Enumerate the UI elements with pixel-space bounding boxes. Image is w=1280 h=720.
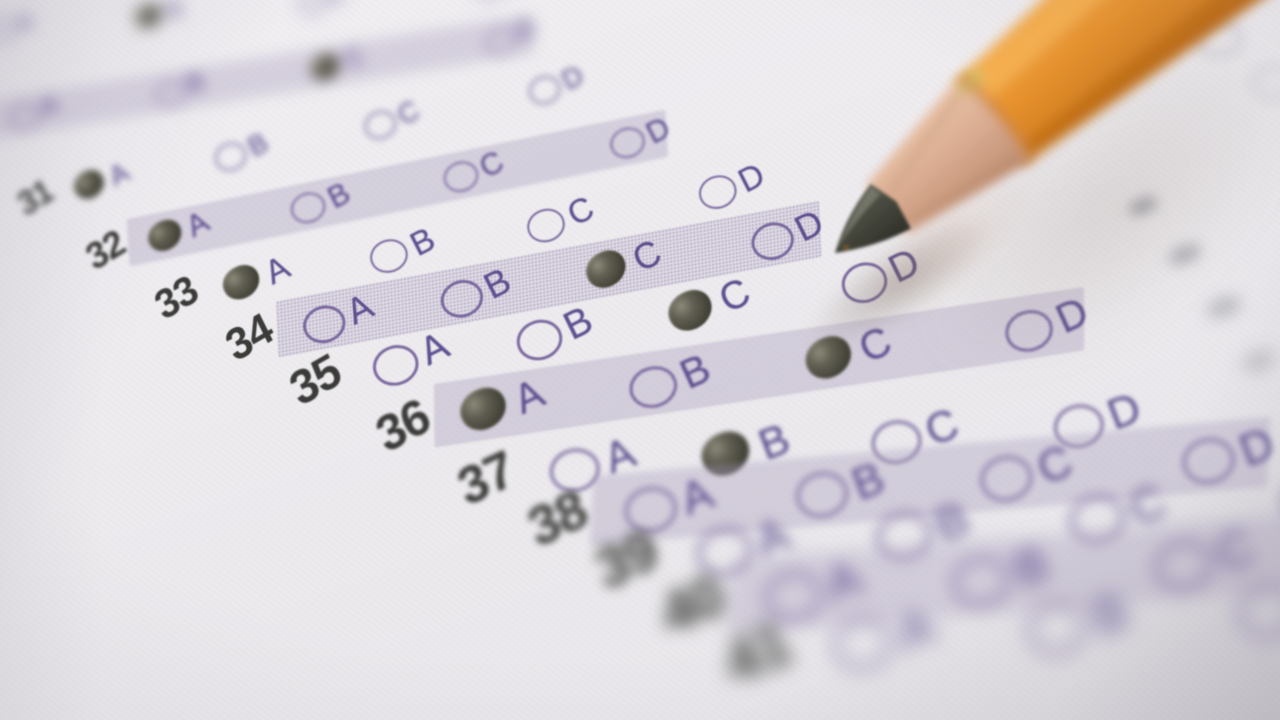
option-letter: B [557,299,600,350]
bubble-d [525,71,564,108]
option-letter: A [103,156,134,193]
option-letter: A [413,324,456,375]
row-stripe [0,14,534,139]
bubble-c [297,0,329,17]
filled-bubble-a [217,259,266,305]
option-letter: A [13,8,36,38]
bubble-a [368,340,424,392]
option-letter: B [162,0,185,25]
answer-sheet-photo: Close-up photograph of a multiple-choice… [0,0,1280,720]
filled-bubble-a [68,165,108,203]
option-letter: C [561,189,600,234]
bubble-d [473,0,505,2]
bubble-b [211,138,250,175]
question-number: 31 [12,172,59,224]
option-letter: D [556,59,589,97]
option-letter: C [713,271,758,323]
question-number: 36 [367,386,438,464]
bubble-b [366,234,413,277]
option-letter: B [404,220,441,264]
question-number: 33 [148,266,205,329]
question-number: 34 [218,304,280,372]
bubble-c [361,106,400,143]
bubble-c [523,204,570,247]
bubble-b [512,314,568,366]
question-number: 37 [450,438,522,518]
filled-bubble-c [662,283,719,337]
question-number: 32 [79,221,131,279]
filled-bubble-b [133,0,165,30]
option-letter: C [392,94,425,132]
option-letter: A [259,249,296,293]
option-letter: C [324,0,349,11]
bubble-d [694,170,741,213]
